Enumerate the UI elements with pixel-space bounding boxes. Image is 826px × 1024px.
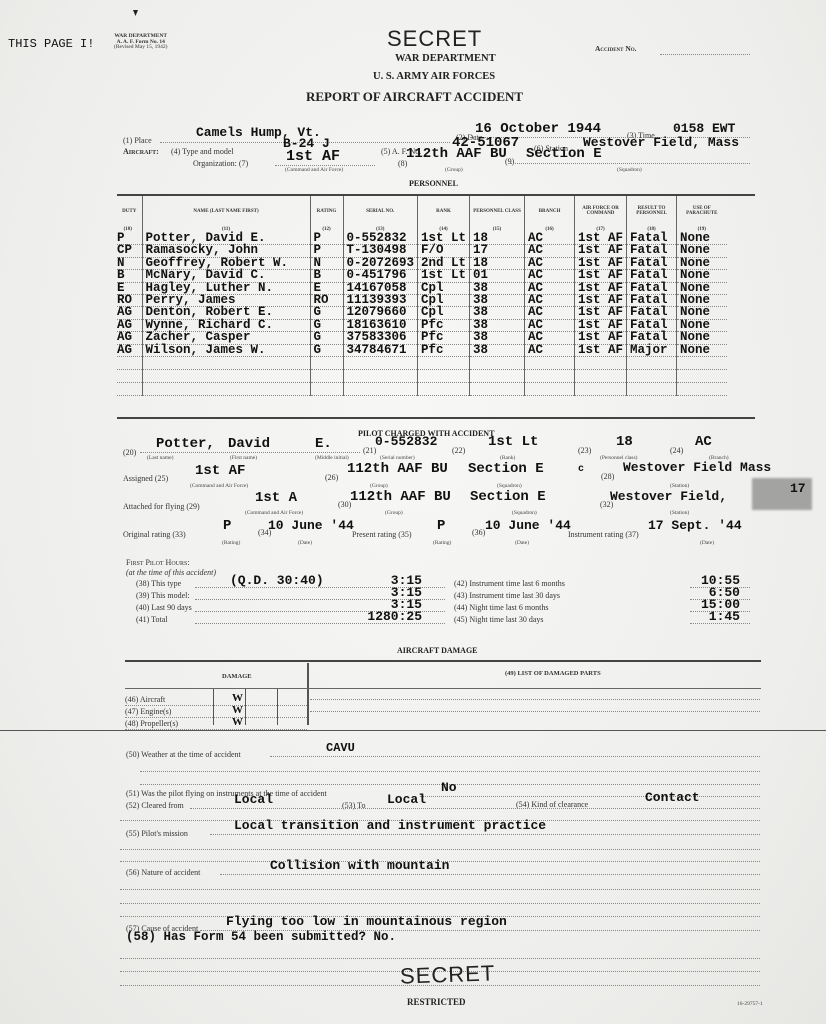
damage-row-value[interactable]: W [232, 692, 243, 704]
column-header: Result to Personnel [627, 196, 677, 226]
damage-row-value[interactable]: W [232, 716, 243, 728]
weather-line [270, 756, 760, 757]
hours-line [690, 623, 750, 624]
middle-initial-caption: (Middle initial) [315, 455, 349, 461]
row-spacer [727, 307, 823, 319]
table-cell[interactable]: 34784671 [343, 344, 418, 356]
row-spacer [727, 233, 823, 245]
branch-label: (24) [670, 446, 683, 455]
station-value[interactable]: Westover Field, Mass [583, 135, 739, 150]
damage-title: AIRCRAFT DAMAGE [397, 646, 478, 655]
instrument-date-caption: (Date) [700, 540, 714, 546]
table-cell[interactable] [343, 357, 418, 370]
secret-stamp-top: SECRET [387, 26, 482, 52]
table-cell[interactable]: 1st AF [575, 344, 627, 356]
row-spacer [727, 282, 823, 294]
present-rating-caption: (Rating) [433, 540, 451, 546]
page-fold-rule [0, 730, 826, 731]
group-value[interactable]: 112th AAF BU [406, 146, 507, 162]
pilot-branch[interactable]: AC [695, 434, 712, 450]
pilot-name-line [140, 452, 360, 453]
damage-header-rule [125, 688, 761, 689]
attached-group[interactable]: 112th AAF BU [350, 489, 451, 505]
aircraft-label: Aircraft: [123, 147, 159, 156]
assigned-squadron-mark: c [578, 464, 584, 475]
damage-col-line-1 [213, 688, 214, 725]
header-dept: WAR DEPARTMENT [395, 53, 496, 64]
present-date-caption: (Date) [515, 540, 529, 546]
table-row-empty [117, 370, 823, 383]
clearance-value[interactable]: Contact [645, 790, 700, 805]
first-name-caption: (First name) [230, 455, 257, 461]
assigned-value[interactable]: 1st AF [195, 463, 245, 479]
pilot-last-name[interactable]: Potter, [156, 436, 215, 452]
hours-note[interactable]: (Q.D. 30:40) [230, 573, 324, 588]
table-cell[interactable] [627, 357, 677, 370]
table-cell[interactable] [525, 383, 575, 396]
parts-line-1 [310, 699, 760, 700]
table-cell[interactable] [418, 370, 470, 383]
mission-line-2 [120, 849, 760, 850]
hours-subtitle: (at the time of this accident) [126, 568, 216, 577]
rank-label: (22) [452, 446, 465, 455]
hours-line [195, 623, 445, 624]
parts-line-2 [310, 711, 760, 712]
table-row-empty [117, 357, 823, 370]
blank-line-1 [120, 958, 760, 959]
table-cell[interactable] [117, 357, 142, 370]
hours-label: (45) Night time last 30 days [454, 615, 544, 624]
original-rating-label: Original rating (33) [123, 530, 186, 539]
print-code: 16-29757-1 [737, 1001, 763, 1007]
row-spacer [727, 332, 823, 344]
column-spacer [727, 226, 823, 233]
hours-title: First Pilot Hours: [126, 558, 190, 567]
present-rating-label: Present rating (35) [352, 530, 412, 539]
hours-label: (38) This type [136, 579, 181, 588]
pilot-serial[interactable]: 0-552832 [375, 434, 437, 449]
table-cell[interactable]: AC [525, 344, 575, 356]
damage-row-label: (47) Engine(s) [125, 707, 171, 716]
pilot-name-label: (20) [123, 448, 136, 457]
column-header: Serial No. [343, 196, 418, 226]
nature-line [220, 874, 760, 875]
margin-note: THIS PAGE I! [8, 37, 94, 51]
cleared-line [190, 808, 760, 809]
table-cell[interactable] [525, 357, 575, 370]
hours-label: (39) This model: [136, 591, 190, 600]
pilot-first-name[interactable]: David [228, 436, 270, 452]
assigned-squadron[interactable]: Section E [468, 461, 544, 477]
original-rating-caption: (Rating) [222, 540, 240, 546]
damage-row-label: (46) Aircraft [125, 695, 165, 704]
squadron-value[interactable]: Section E [526, 146, 602, 162]
form-identifier: WAR DEPARTMENT A. A. F. Form No. 14 (Rev… [114, 34, 167, 51]
damage-row-line [125, 705, 307, 706]
assigned-station-label: (28) [601, 472, 614, 481]
row-spacer [727, 270, 823, 282]
table-cell[interactable]: 38 [470, 344, 525, 356]
original-date[interactable]: 10 June '44 [268, 518, 354, 533]
table-cell[interactable] [470, 357, 525, 370]
table-cell[interactable]: G [310, 344, 343, 356]
table-cell[interactable] [525, 370, 575, 383]
organization-value[interactable]: 1st AF [286, 148, 340, 165]
attached-value[interactable]: 1st A [255, 490, 297, 506]
assigned-group[interactable]: 112th AAF BU [347, 461, 448, 477]
nature-label: (56) Nature of accident [126, 868, 200, 877]
stain-number: 17 [790, 481, 806, 496]
table-cell[interactable] [343, 383, 418, 396]
hours-label: (44) Night time last 6 months [454, 603, 548, 612]
accident-no-label: Accident No. [595, 44, 637, 53]
squadron-label: (9) [505, 157, 514, 166]
attached-label: Attached for flying (29) [123, 502, 200, 511]
table-cell[interactable] [677, 357, 727, 370]
column-header: Rank [418, 196, 470, 226]
mission-line [210, 834, 760, 835]
table-cell[interactable]: AG [117, 344, 142, 356]
table-cell[interactable]: Pfc [418, 344, 470, 356]
place-label: (1) Place [123, 136, 152, 145]
damage-row-line [125, 717, 307, 718]
mission-value[interactable]: Local transition and instrument practice [234, 818, 546, 833]
accident-no-field[interactable] [660, 54, 750, 55]
form-id-line3: (Revised May 15, 1942) [114, 45, 167, 51]
personnel-bottom-rule [117, 417, 755, 419]
table-row: AGWilson, James W.G34784671Pfc38AC1st AF… [117, 344, 823, 356]
attached-group-caption: (Group) [385, 510, 403, 516]
instruments-value[interactable]: No [441, 780, 457, 795]
assigned-label: Assigned (25) [123, 474, 168, 483]
table-cell[interactable] [627, 370, 677, 383]
squadron-line [510, 163, 750, 164]
secret-stamp-bottom: SECRET [400, 960, 496, 989]
row-spacer [727, 245, 823, 257]
column-header: Name (Last name first) [142, 196, 310, 226]
present-date-label: (36) [472, 528, 485, 537]
table-cell[interactable] [142, 383, 310, 396]
organization-caption: (Command and Air Force) [285, 167, 343, 173]
report-title: REPORT OF AIRCRAFT ACCIDENT [306, 89, 523, 105]
table-cell[interactable] [142, 357, 310, 370]
column-header: Duty [117, 196, 142, 226]
table-cell[interactable] [117, 370, 142, 383]
instrument-rating-label: Instrument rating (37) [568, 530, 639, 539]
present-date[interactable]: 10 June '44 [485, 518, 571, 533]
damage-top-rule [125, 660, 761, 662]
table-cell[interactable] [117, 383, 142, 396]
nature-line-2 [120, 889, 760, 890]
row-spacer [727, 357, 823, 370]
damage-row-label: (48) Propeller(s) [125, 719, 178, 728]
mission-label: (55) Pilot's mission [126, 829, 188, 838]
damage-col-line-3 [277, 688, 278, 725]
table-cell[interactable] [575, 383, 627, 396]
row-spacer [727, 257, 823, 269]
hours-label: (40) Last 90 days [136, 603, 192, 612]
table-cell[interactable] [343, 370, 418, 383]
table-cell[interactable] [470, 383, 525, 396]
table-cell[interactable] [142, 370, 310, 383]
group-caption: (Group) [445, 167, 463, 173]
row-spacer [727, 319, 823, 331]
hours-value[interactable]: 1280:25 [367, 609, 422, 624]
type-label: (4) Type and model [171, 147, 234, 156]
instruments-label: (51) Was the pilot flying on instruments… [126, 789, 327, 798]
pilot-middle-initial[interactable]: E. [315, 436, 332, 452]
weather-label: (50) Weather at the time of accident [126, 750, 241, 759]
cause-value[interactable]: Flying too low in mountainous region [226, 914, 507, 929]
hours-label: (41) Total [136, 615, 168, 624]
assigned-station[interactable]: Westover Field Mass [623, 460, 771, 475]
column-header: Personnel Class [470, 196, 525, 226]
to-value[interactable]: Local [387, 792, 426, 807]
table-cell[interactable] [418, 357, 470, 370]
attached-station[interactable]: Westover Field, [610, 489, 727, 504]
column-header: Air Force or Command [575, 196, 627, 226]
table-cell[interactable] [575, 370, 627, 383]
header-org: U. S. ARMY AIR FORCES [373, 71, 495, 82]
pilot-class[interactable]: 18 [616, 434, 633, 450]
table-cell[interactable] [310, 357, 343, 370]
row-spacer [727, 344, 823, 356]
hours-label: (42) Instrument time last 6 months [454, 579, 565, 588]
weather-line-2 [140, 771, 760, 772]
instruments-line [420, 796, 760, 797]
table-cell[interactable]: None [677, 344, 727, 356]
weather-value[interactable]: CAVU [326, 741, 355, 755]
table-cell[interactable] [627, 383, 677, 396]
table-cell[interactable] [470, 370, 525, 383]
squadron-caption: (Squadron) [617, 167, 642, 173]
restricted-label: RESTRICTED [407, 997, 466, 1007]
attached-station-caption: (Station) [670, 510, 689, 516]
table-cell[interactable] [310, 383, 343, 396]
hours-label: (43) Instrument time last 30 days [454, 591, 560, 600]
attached-squadron-caption: (Squadron) [512, 510, 537, 516]
class-label: (23) [578, 446, 591, 455]
cleared-from-value[interactable]: Local [234, 792, 273, 807]
hours-value[interactable]: 1:45 [709, 609, 740, 624]
table-cell[interactable]: Wilson, James W. [142, 344, 310, 356]
column-spacer [727, 196, 823, 226]
cleared-from-label: (52) Cleared from [126, 801, 184, 810]
table-row-empty [117, 383, 823, 396]
table-cell[interactable]: Major [627, 344, 677, 356]
attached-squadron[interactable]: Section E [470, 489, 546, 505]
mark-icon [133, 10, 138, 16]
table-cell[interactable] [677, 383, 727, 396]
column-header: Branch [525, 196, 575, 226]
table-cell[interactable] [575, 357, 627, 370]
last-name-caption: (Last name) [147, 455, 173, 461]
accident-report-page: THIS PAGE I! WAR DEPARTMENT A. A. F. For… [0, 0, 826, 1024]
assigned-caption: (Command and Air Force) [190, 483, 248, 489]
present-rating[interactable]: P [437, 518, 445, 534]
time-value[interactable]: 0158 EWT [673, 121, 735, 136]
row-spacer [727, 370, 823, 383]
row-spacer [727, 383, 823, 396]
nature-value[interactable]: Collision with mountain [270, 858, 449, 873]
table-cell[interactable] [310, 370, 343, 383]
organization-label: Organization: (7) [193, 159, 248, 168]
form54-question[interactable]: (58) Has Form 54 been submitted? No. [126, 930, 396, 944]
attached-caption: (Command and Air Force) [245, 510, 303, 516]
damage-col-line-2 [245, 688, 246, 725]
damage-row-value[interactable]: W [232, 704, 243, 716]
table-cell[interactable] [677, 370, 727, 383]
original-date-caption: (Date) [298, 540, 312, 546]
column-header: Rating [310, 196, 343, 226]
nature-line-3 [120, 903, 760, 904]
damage-header: DAMAGE [222, 673, 252, 680]
instrument-date[interactable]: 17 Sept. '44 [648, 518, 742, 533]
personnel-title: PERSONNEL [409, 179, 458, 188]
table-cell[interactable] [418, 383, 470, 396]
pilot-rank[interactable]: 1st Lt [488, 434, 538, 450]
original-rating[interactable]: P [223, 518, 231, 534]
column-header: Use of Parachute [677, 196, 727, 226]
organization-line [275, 165, 375, 166]
row-spacer [727, 295, 823, 307]
parts-header: (49) LIST OF DAMAGED PARTS [505, 670, 601, 677]
damage-divider [307, 663, 309, 725]
assigned-group-label: (26) [325, 473, 338, 482]
personnel-table: DutyName (Last name first)RatingSerial N… [117, 196, 823, 396]
